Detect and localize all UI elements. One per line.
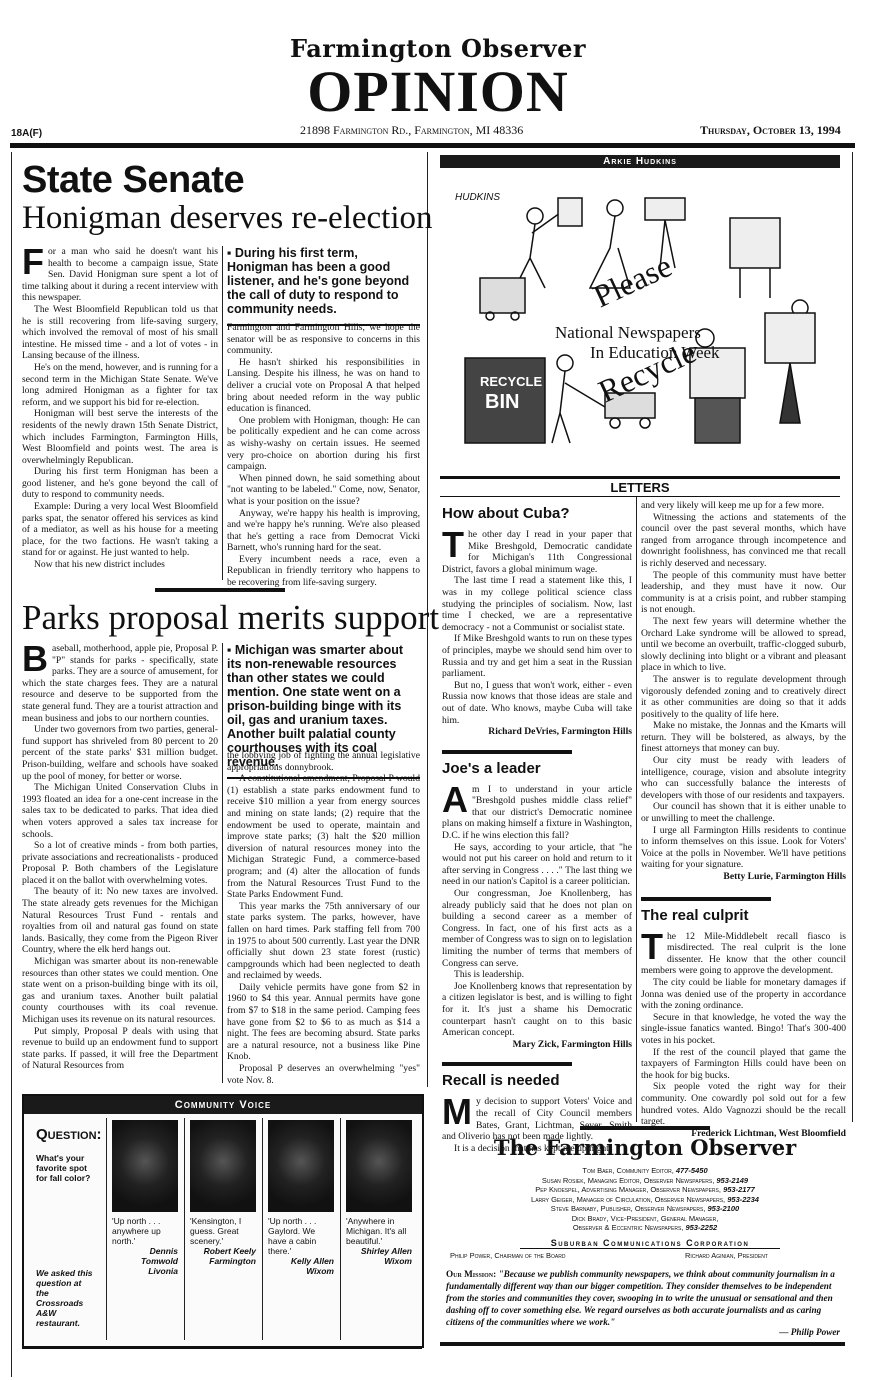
editorial2-column-2: the lobbying job of fighting the annual …	[227, 750, 420, 1086]
svg-text:BIN: BIN	[485, 391, 519, 413]
question-label: Question:	[36, 1126, 121, 1143]
bottom-rule-right	[440, 1342, 845, 1346]
editorial1-column-2: Farmington and Farmington Hills, we hope…	[227, 322, 420, 589]
bottom-rule-left	[22, 1346, 422, 1349]
staff-line: Susan Rosiek, Managing Editor, Observer …	[440, 1176, 850, 1186]
respondent-photo-icon	[112, 1120, 178, 1212]
letter-rule	[641, 897, 771, 901]
letter-rule	[442, 750, 572, 754]
issue-date: Thursday, October 13, 1994	[700, 123, 841, 138]
staff-line: Dick Brady, Vice-President, General Mana…	[440, 1214, 850, 1224]
letter-headline: The real culprit	[641, 907, 846, 925]
letters-col-divider	[636, 497, 637, 1122]
chairman: Philip Power, Chairman of the Board	[450, 1251, 565, 1260]
editorial2-column-1: B aseball, motherhood, apple pie, Propos…	[22, 643, 218, 1072]
editorial2-col-divider	[222, 643, 223, 1083]
letters-sub-rule	[440, 496, 840, 497]
cartoon-artist-bar: Arkie Hudkins	[440, 155, 840, 168]
question-note: We asked this question at the Crossroads…	[36, 1268, 96, 1328]
president: Richard Aginian, President	[685, 1251, 768, 1260]
response-card: 'Up north . . . Gaylord. We have a cabin…	[268, 1120, 334, 1276]
editorial1-column-1: F or a man who said he doesn't want his …	[22, 246, 218, 571]
respondent-photo-icon	[190, 1120, 256, 1212]
header-rule	[10, 143, 855, 148]
cv-divider	[106, 1118, 107, 1340]
response-card: 'Kensington, I guess. Great scenery.' Ro…	[190, 1120, 256, 1266]
cv-divider	[340, 1118, 341, 1340]
community-voice-title: Community Voice	[24, 1096, 422, 1114]
letter-rule	[442, 1062, 572, 1066]
response-card: 'Up north . . . anywhere up north.' Denn…	[112, 1120, 178, 1276]
svg-text:Please: Please	[588, 247, 677, 314]
letter-headline: Recall is needed	[442, 1072, 632, 1090]
page-number: 18A(F)	[11, 128, 42, 139]
question-block: Question: What's your favorite spot for …	[36, 1126, 121, 1328]
drop-cap: M	[442, 1097, 476, 1127]
letters-top-rule	[440, 476, 840, 479]
masthead-top-rule	[580, 1126, 710, 1130]
svg-text:RECYCLE: RECYCLE	[480, 374, 542, 389]
staff-list: Tom Baer, Community Editor, 477-5450 Sus…	[440, 1166, 850, 1233]
staff-line: Observer & Eccentric Newspapers, 953-225…	[440, 1223, 850, 1233]
letter-headline: How about Cuba?	[442, 505, 632, 523]
editorial-cartoon: Arkie Hudkins HUDKINS RECYCLE BIN Please…	[440, 155, 840, 475]
letter-signature: Richard DeVries, Farmington Hills	[442, 726, 632, 738]
section-rule	[155, 588, 285, 592]
staff-line: Steve Barnaby, Publisher, Observer Newsp…	[440, 1204, 850, 1214]
letters-column-1: How about Cuba? T he other day I read in…	[442, 505, 632, 1154]
cartoon-illustration-icon: HUDKINS RECYCLE BIN Please National News…	[440, 168, 840, 468]
community-voice-box: Community Voice Question: What's your fa…	[22, 1094, 424, 1348]
staff-line: Tom Baer, Community Editor, 477-5450	[440, 1166, 850, 1176]
editorial1-pullquote-block: ▪ During his first term, Honigman has be…	[227, 246, 420, 326]
cv-divider	[262, 1118, 263, 1340]
respondent-photo-icon	[346, 1120, 412, 1212]
right-border	[852, 152, 853, 1122]
mission-signature: — Philip Power	[700, 1326, 840, 1338]
pullquote: ▪ During his first term, Honigman has be…	[227, 246, 420, 316]
letter-signature: Betty Lurie, Farmington Hills	[641, 871, 846, 883]
corporation-name: Suburban Communications Corporation	[520, 1238, 780, 1249]
letters-column-2: and very likely will keep me up for a fe…	[641, 500, 846, 1139]
response-card: 'Anywhere in Michigan. It's all beautifu…	[346, 1120, 412, 1266]
question-text: What's your favorite spot for fall color…	[36, 1153, 96, 1183]
respondent-photo-icon	[268, 1120, 334, 1212]
letters-section-title: LETTERS	[440, 480, 840, 495]
mission-statement: Our Mission: "Because we publish communi…	[446, 1268, 846, 1328]
cv-divider	[184, 1118, 185, 1340]
section-title: OPINION	[0, 60, 876, 124]
paper-address: 21898 Farmington Rd., Farmington, MI 483…	[300, 123, 523, 138]
drop-cap: F	[22, 247, 48, 277]
drop-cap: T	[442, 530, 468, 560]
staff-line: Pep Knoespel, Advertising Manager, Obser…	[440, 1185, 850, 1195]
editorial-headline: Honigman deserves re-election	[22, 200, 433, 236]
masthead-nameplate: The Farmington Observer	[440, 1135, 850, 1160]
letter-signature: Mary Zick, Farmington Hills	[442, 1039, 632, 1051]
drop-cap: B	[22, 644, 52, 674]
editorial-kicker: State Senate	[22, 160, 244, 200]
drop-cap: T	[641, 932, 667, 962]
letter-headline: Joe's a leader	[442, 760, 632, 778]
svg-text:HUDKINS: HUDKINS	[455, 192, 500, 203]
editorial2-headline: Parks proposal merits support	[22, 598, 439, 638]
drop-cap: A	[442, 785, 472, 815]
left-border	[11, 152, 12, 1377]
staff-line: Larry Geiger, Manager of Circulation, Ob…	[440, 1195, 850, 1205]
editorial1-col-divider	[222, 246, 223, 580]
